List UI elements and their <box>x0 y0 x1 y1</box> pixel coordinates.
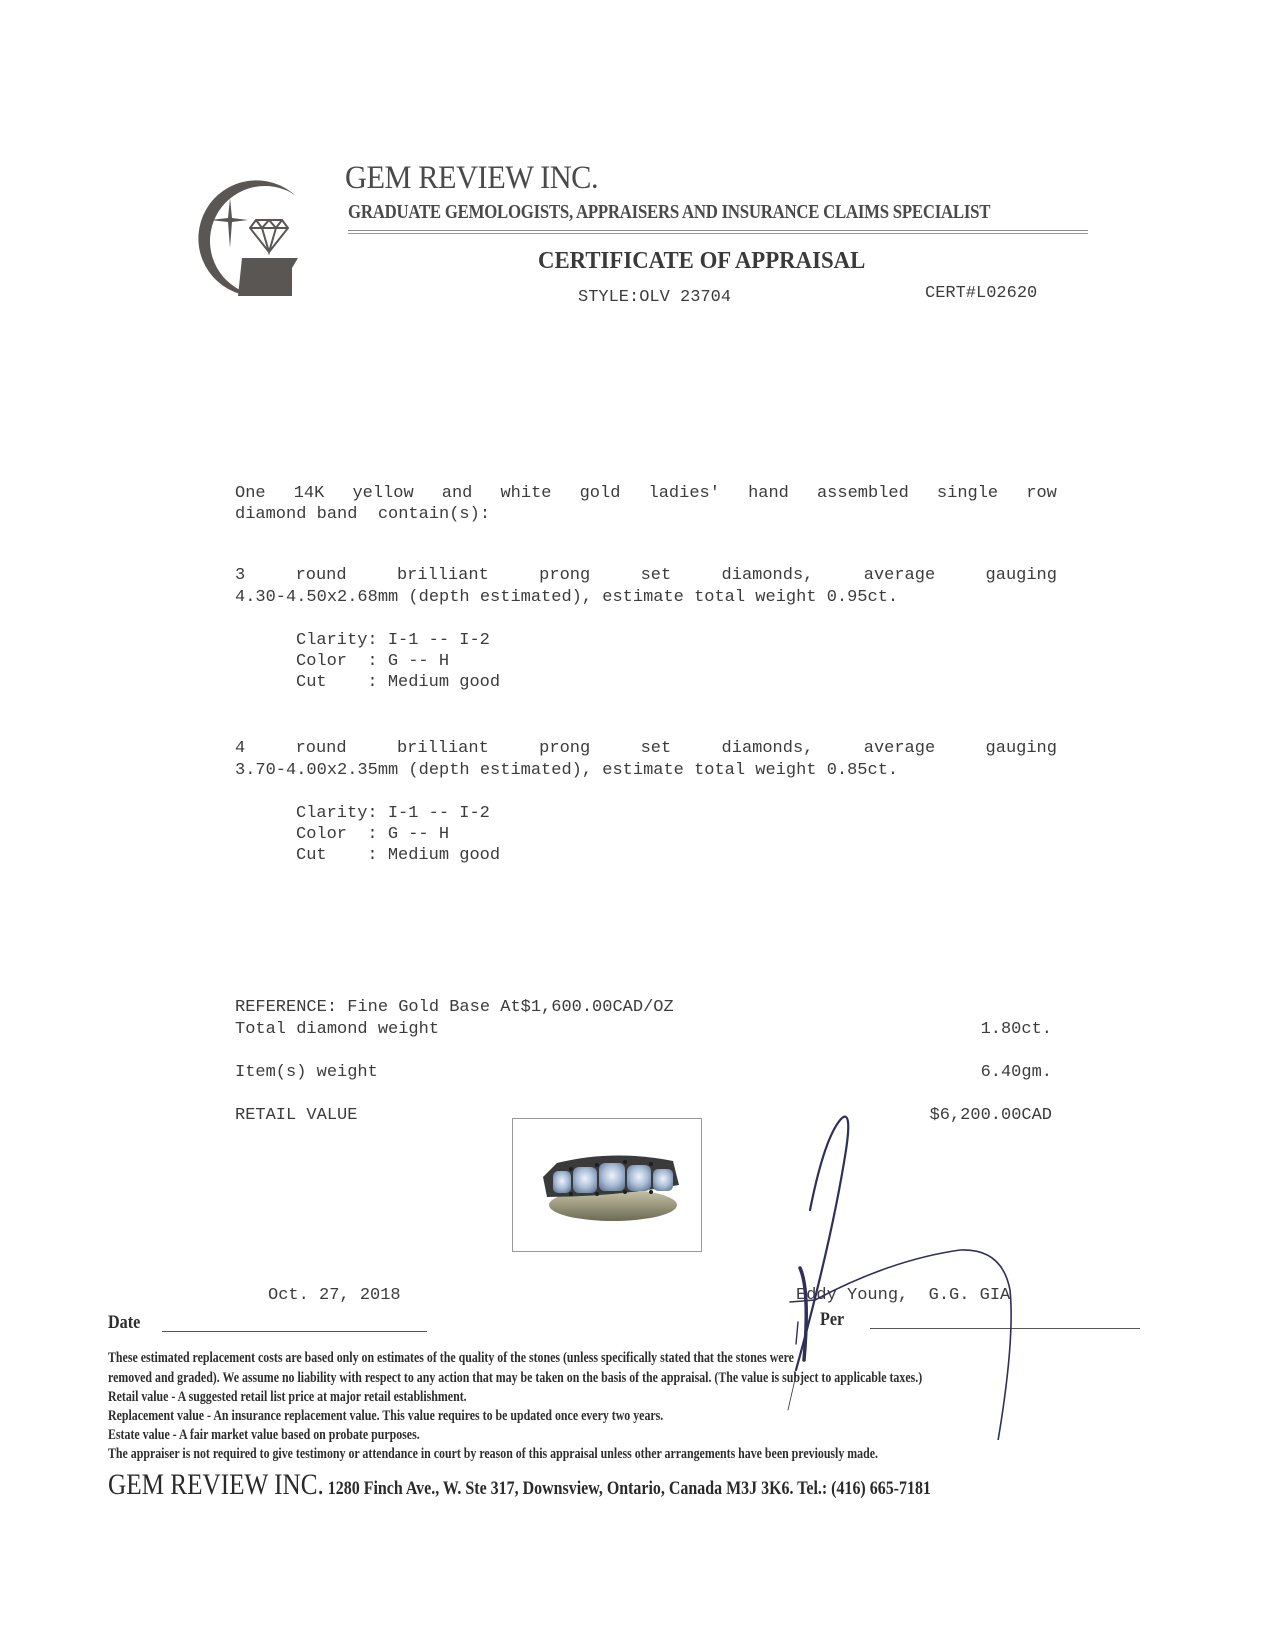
date-label: Date <box>108 1312 140 1334</box>
disclaimer-line: removed and graded). We assume no liabil… <box>108 1369 922 1387</box>
company-name: GEM REVIEW INC. <box>345 160 598 197</box>
word: white <box>500 483 551 504</box>
item-description-line-1: One14Kyellowandwhitegoldladies'handassem… <box>235 483 1057 504</box>
word: set <box>641 565 672 586</box>
document-title: CERTIFICATE OF APPRAISAL <box>538 248 865 275</box>
retail-value-amount: $6,200.00CAD <box>930 1105 1052 1126</box>
date-signature-line <box>162 1331 427 1332</box>
company-tagline: GRADUATE GEMOLOGISTS, APPRAISERS AND INS… <box>348 201 990 224</box>
total-diamond-weight-label: Total diamond weight <box>235 1019 439 1040</box>
word: round <box>296 565 347 586</box>
header-double-rule <box>348 230 1088 234</box>
word: 3 <box>235 565 245 586</box>
word: gauging <box>986 565 1057 586</box>
item-weight-label: Item(s) weight <box>235 1062 378 1083</box>
gold-reference-price: REFERENCE: Fine Gold Base At$1,600.00CAD… <box>235 997 674 1018</box>
stone-group-1-grades: Clarity: I-1 -- I-2 Color : G -- H Cut :… <box>296 630 500 693</box>
color-grade: Color : G -- H <box>296 651 500 672</box>
footer-address: 1280 Finch Ave., W. Ste 317, Downsview, … <box>324 1478 931 1499</box>
cut-grade: Cut : Medium good <box>296 672 500 693</box>
clarity-grade: Clarity: I-1 -- I-2 <box>296 630 500 651</box>
disclaimer-line: These estimated replacement costs are ba… <box>108 1349 794 1367</box>
word: yellow <box>352 483 413 504</box>
style-number: STYLE:OLV 23704 <box>578 288 731 307</box>
word: row <box>1026 483 1057 504</box>
retail-value-definition: Retail value - A suggested retail list p… <box>108 1388 467 1406</box>
word: One <box>235 483 266 504</box>
word: brilliant <box>397 738 489 759</box>
per-label: Per <box>820 1309 844 1331</box>
clarity-grade: Clarity: I-1 -- I-2 <box>296 803 500 824</box>
word: gauging <box>986 738 1057 759</box>
appraisal-date: Oct. 27, 2018 <box>268 1285 401 1306</box>
replacement-value-definition: Replacement value - An insurance replace… <box>108 1407 663 1425</box>
per-signature-line <box>870 1328 1140 1329</box>
word: ladies' <box>649 483 720 504</box>
word: diamonds, <box>722 565 814 586</box>
handwritten-signature-icon <box>770 1090 1030 1440</box>
stone-group-2-measurements: 3.70-4.00x2.35mm (depth estimated), esti… <box>235 760 898 781</box>
footer-contact: GEM REVIEW INC. 1280 Finch Ave., W. Ste … <box>108 1468 931 1502</box>
total-diamond-weight-value: 1.80ct. <box>981 1019 1052 1040</box>
stone-group-2-heading: 4roundbrilliantprongsetdiamonds,averageg… <box>235 738 1057 759</box>
certificate-number: CERT#L02620 <box>925 284 1037 303</box>
diamond-band-ring-icon <box>513 1119 701 1251</box>
word: prong <box>539 565 590 586</box>
word: average <box>864 738 935 759</box>
word: assembled <box>817 483 909 504</box>
stone-group-2-grades: Clarity: I-1 -- I-2 Color : G -- H Cut :… <box>296 803 500 866</box>
word: diamonds, <box>722 738 814 759</box>
cut-grade: Cut : Medium good <box>296 845 500 866</box>
stone-group-1-heading: 3roundbrilliantprongsetdiamonds,averageg… <box>235 565 1057 586</box>
word: prong <box>539 738 590 759</box>
word: gold <box>580 483 621 504</box>
word: 14K <box>294 483 325 504</box>
g-diamond-star-logo-icon <box>178 168 310 300</box>
word: single <box>937 483 998 504</box>
word: brilliant <box>397 565 489 586</box>
testimony-disclaimer: The appraiser is not required to give te… <box>108 1445 878 1463</box>
stone-group-1-measurements: 4.30-4.50x2.68mm (depth estimated), esti… <box>235 587 898 608</box>
word: and <box>442 483 473 504</box>
word: hand <box>748 483 789 504</box>
word: average <box>864 565 935 586</box>
appraiser-name: Eddy Young, G.G. GIA <box>796 1285 1010 1306</box>
retail-value-label: RETAIL VALUE <box>235 1105 357 1126</box>
ring-photo <box>512 1118 702 1252</box>
word: 4 <box>235 738 245 759</box>
item-weight-value: 6.40gm. <box>981 1062 1052 1083</box>
color-grade: Color : G -- H <box>296 824 500 845</box>
word: set <box>641 738 672 759</box>
item-description-line-2: diamond band contain(s): <box>235 504 490 525</box>
footer-company-name: GEM REVIEW INC. <box>108 1468 324 1501</box>
estate-value-definition: Estate value - A fair market value based… <box>108 1426 420 1444</box>
word: round <box>296 738 347 759</box>
